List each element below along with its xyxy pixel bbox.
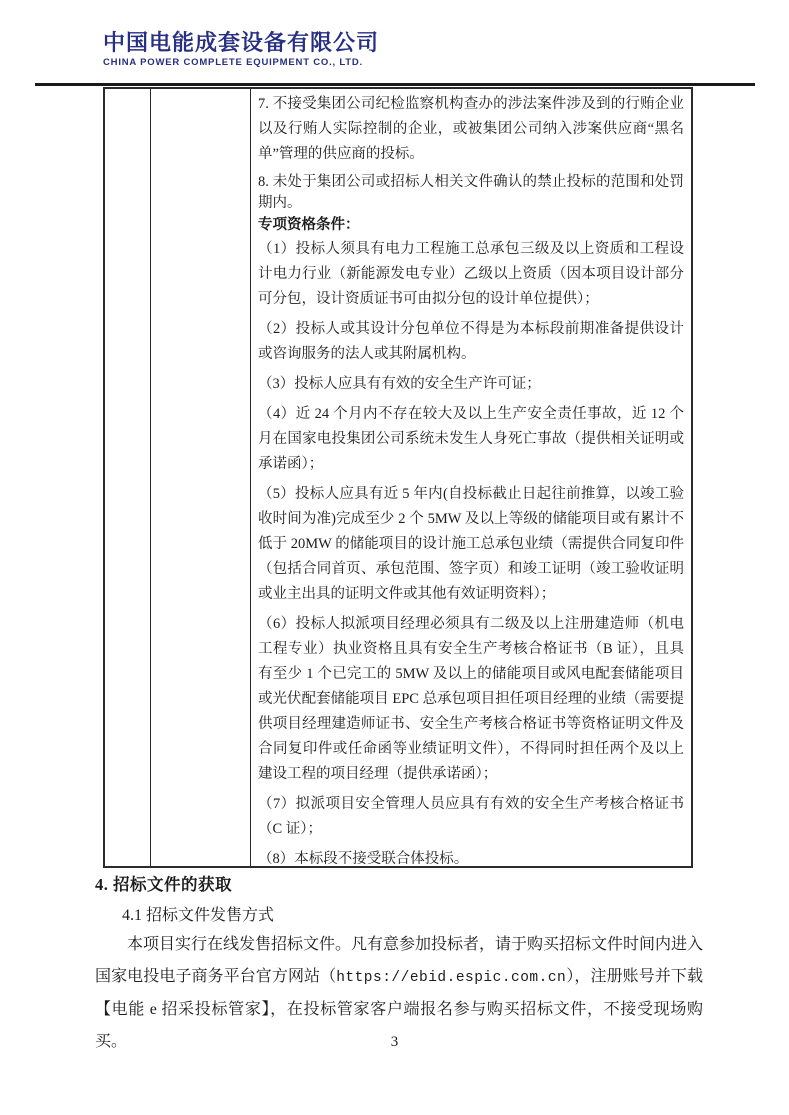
table-column-empty-2 xyxy=(151,89,251,866)
special-condition-8: （8）本标段不接受联合体投标。 xyxy=(258,847,684,866)
page-number: 3 xyxy=(0,1034,789,1051)
platform-url: https://ebid.espic.com.cn xyxy=(336,970,566,986)
special-conditions-title: 专项资格条件： xyxy=(258,215,684,236)
table-column-empty-1 xyxy=(105,89,151,866)
special-condition-7: （7）拟派项目安全管理人员应具有有效的安全生产考核合格证书（C 证）； xyxy=(258,792,684,842)
letterhead: 中国电能成套设备有限公司 CHINA POWER COMPLETE EQUIPM… xyxy=(103,29,379,69)
company-name-chinese: 中国电能成套设备有限公司 xyxy=(103,29,379,56)
special-condition-2: （2）投标人或其设计分包单位不得是为本标段前期准备提供设计或咨询服务的法人或其附… xyxy=(258,317,684,367)
qualification-item-7: 7. 不接受集团公司纪检监察机构查办的涉法案件涉及到的行贿企业以及行贿人实际控制… xyxy=(258,92,684,167)
special-condition-5: （5）投标人应具有近 5 年内(自投标截止日起往前推算，以竣工验收时间为准)完成… xyxy=(258,482,684,607)
qualification-item-8: 8. 未处于集团公司或招标人相关文件确认的禁止投标的范围和处罚期内。 xyxy=(258,172,684,214)
company-name-english: CHINA POWER COMPLETE EQUIPMENT CO., LTD. xyxy=(103,56,379,69)
qualification-table: 7. 不接受集团公司纪检监察机构查办的涉法案件涉及到的行贿企业以及行贿人实际控制… xyxy=(103,87,693,868)
table-column-requirements: 7. 不接受集团公司纪检监察机构查办的涉法案件涉及到的行贿企业以及行贿人实际控制… xyxy=(251,89,691,866)
section-4-1-subheading: 4.1 招标文件发售方式 xyxy=(122,902,274,925)
section-4-heading: 4. 招标文件的获取 xyxy=(95,871,232,895)
special-condition-6: （6）投标人拟派项目经理必须具有二级及以上注册建造师（机电工程专业）执业资格且具… xyxy=(258,612,684,787)
special-condition-1: （1）投标人须具有电力工程施工总承包三级及以上资质和工程设计电力行业（新能源发电… xyxy=(258,237,684,312)
special-condition-3: （3）投标人应具有有效的安全生产许可证； xyxy=(258,372,684,397)
document-page: 中国电能成套设备有限公司 CHINA POWER COMPLETE EQUIPM… xyxy=(0,0,789,1115)
special-condition-4: （4）近 24 个月内不存在较大及以上生产安全责任事故，近 12 个月在国家电投… xyxy=(258,402,684,477)
letterhead-divider xyxy=(35,83,755,86)
